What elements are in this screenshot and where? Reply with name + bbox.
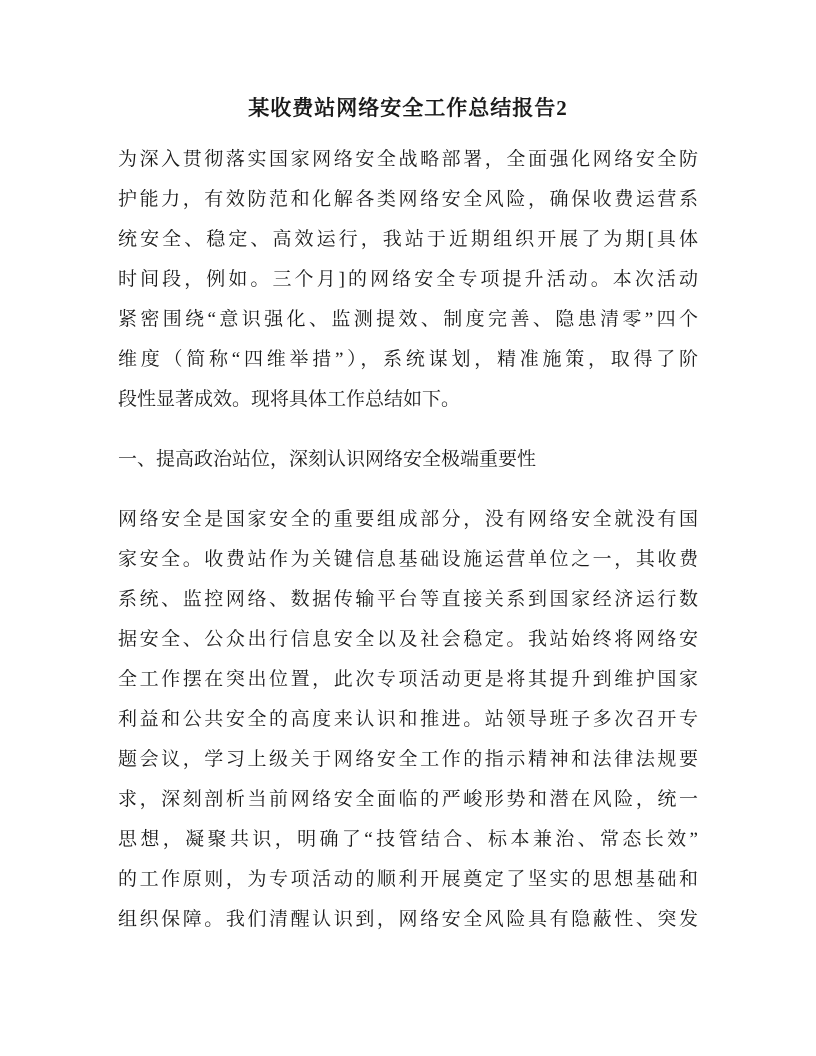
document-line: 段性显著成效。现将具体工作总结如下。	[118, 380, 698, 420]
document-line: 题会议，学习上级关于网络安全工作的指示精神和法律法规要	[118, 740, 698, 780]
document-line: 组织保障。我们清醒认识到，网络安全风险具有隐蔽性、突发	[118, 900, 698, 940]
document-line: 为深入贯彻落实国家网络安全战略部署，全面强化网络安全防	[118, 140, 698, 180]
document-line: 紧密围绕“意识强化、监测提效、制度完善、隐患清零”四个	[118, 300, 698, 340]
document-line: 统安全、稳定、高效运行，我站于近期组织开展了为期[具体	[118, 220, 698, 260]
paragraph: 网络安全是国家安全的重要组成部分，没有网络安全就没有国家安全。收费站作为关键信息…	[118, 500, 698, 940]
document-line: 求，深刻剖析当前网络安全面临的严峻形势和潜在风险，统一	[118, 780, 698, 820]
document-body: 为深入贯彻落实国家网络安全战略部署，全面强化网络安全防护能力，有效防范和化解各类…	[118, 140, 698, 940]
document-line: 家安全。收费站作为关键信息基础设施运营单位之一，其收费	[118, 540, 698, 580]
document-line: 系统、监控网络、数据传输平台等直接关系到国家经济运行数	[118, 580, 698, 620]
document-line: 思想，凝聚共识，明确了“技管结合、标本兼治、常态长效”	[118, 820, 698, 860]
document-content: 某收费站网络安全工作总结报告2 为深入贯彻落实国家网络安全战略部署，全面强化网络…	[0, 0, 816, 940]
document-line: 护能力，有效防范和化解各类网络安全风险，确保收费运营系	[118, 180, 698, 220]
document-title: 某收费站网络安全工作总结报告2	[118, 88, 698, 128]
paragraph: 为深入贯彻落实国家网络安全战略部署，全面强化网络安全防护能力，有效防范和化解各类…	[118, 140, 698, 420]
document-line: 网络安全是国家安全的重要组成部分，没有网络安全就没有国	[118, 500, 698, 540]
paragraph: 一、提高政治站位，深刻认识网络安全极端重要性	[118, 440, 698, 480]
document-line: 时间段，例如。三个月]的网络安全专项提升活动。本次活动	[118, 260, 698, 300]
document-line: 利益和公共安全的高度来认识和推进。站领导班子多次召开专	[118, 700, 698, 740]
document-line: 的工作原则，为专项活动的顺利开展奠定了坚实的思想基础和	[118, 860, 698, 900]
document-line: 维度（简称“四维举措”），系统谋划，精准施策，取得了阶	[118, 340, 698, 380]
document-page: 某收费站网络安全工作总结报告2 为深入贯彻落实国家网络安全战略部署，全面强化网络…	[0, 0, 816, 1056]
document-line: 一、提高政治站位，深刻认识网络安全极端重要性	[118, 440, 698, 480]
document-line: 全工作摆在突出位置，此次专项活动更是将其提升到维护国家	[118, 660, 698, 700]
document-line: 据安全、公众出行信息安全以及社会稳定。我站始终将网络安	[118, 620, 698, 660]
